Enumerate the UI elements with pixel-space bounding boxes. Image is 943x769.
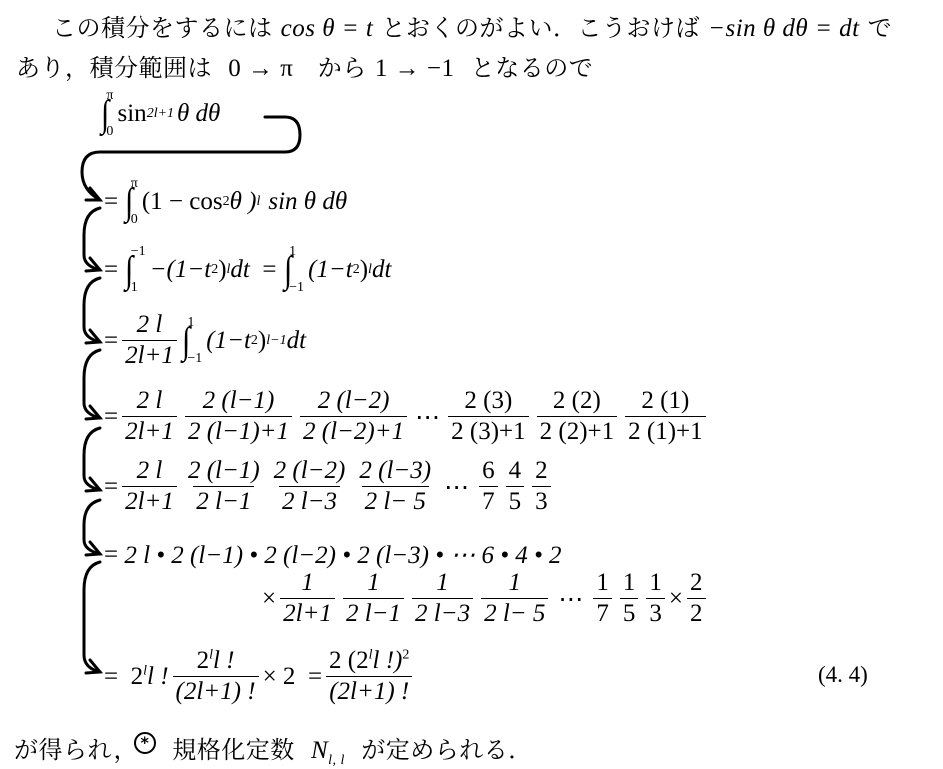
outro-text: 規格化定数 [172, 736, 295, 764]
numerator: 1 [433, 570, 452, 598]
equation-step-6-product: = 2 l • 2 (l−1) • 2 (l−2) • 2 (l−3) • ⋯ … [104, 540, 561, 570]
integrand: dt [372, 256, 391, 284]
numerator: 2 (l−3) [356, 458, 434, 486]
intro-line-1: この積分をするには cos θ = t とおくのがよい．こうおけば −sin θ… [52, 8, 892, 43]
fraction: 22 [687, 570, 706, 628]
denominator: 3 [532, 486, 551, 515]
fraction: 2 (l−1)2 l−1 [185, 458, 263, 516]
denominator: 2l+1 [122, 416, 177, 445]
equals-sign: = [104, 473, 118, 501]
numerator: 1 [506, 570, 525, 598]
exponent: 2 [402, 648, 409, 663]
fraction: 12 l−3 [412, 570, 473, 628]
denominator: 7 [593, 598, 612, 627]
numerator: 2 (l−2) [271, 458, 349, 486]
differential-expression: −sin θ dθ = dt [708, 15, 859, 42]
numerator: 4 [506, 458, 525, 486]
denominator: 2l+1 [122, 340, 177, 369]
times-sign: × [669, 585, 683, 613]
numerator: 1 [646, 570, 665, 598]
equation-step-0: ∫ π 0 sin2l+1 θ dθ [100, 88, 220, 140]
numerator: 6 [479, 458, 498, 486]
symbol-subscript: l, l [328, 753, 345, 768]
fraction: 17 [593, 570, 612, 628]
fraction: 2 l 2l+1 [122, 312, 177, 370]
denominator: 2 (3)+1 [448, 416, 529, 445]
denominator: 5 [506, 486, 525, 515]
times-two: × 2 [263, 663, 296, 691]
intro-text: から [318, 54, 367, 82]
equation-step-4: = 2 l2l+1 2 (l−1)2 (l−1)+1 2 (l−2)2 (l−2… [104, 388, 710, 446]
denominator: 2 l− 5 [481, 598, 548, 627]
fraction: 2 (l−2)2 (l−2)+1 [300, 388, 407, 446]
times-sign: × [262, 585, 276, 613]
factorial: l ! [147, 663, 169, 690]
equals-sign: = [262, 256, 276, 284]
equals-sign: = [104, 188, 118, 216]
fraction: 23 [532, 458, 551, 516]
numerator: 1 [298, 570, 317, 598]
fraction: 2 l2l+1 [122, 388, 177, 446]
numerator: 2 l [134, 312, 166, 340]
denominator: 7 [479, 486, 498, 515]
denominator: 2 [687, 598, 706, 627]
exponent: 2 [251, 333, 258, 349]
denominator: 2 l−1 [193, 486, 254, 515]
denominator: 2 (l−2)+1 [300, 416, 407, 445]
numerator: 2 l [134, 458, 166, 486]
numerator: 2 (3) [461, 388, 515, 416]
numerator: 2ll ! [194, 648, 238, 676]
integral-sign: ∫ [125, 183, 133, 221]
range-from: 0 → π [228, 55, 293, 82]
equation-step-2: = ∫ −1 1 −(1−t2)ldt = ∫ 1 −1 (1−t2)ldt [104, 244, 391, 296]
range-to: 1 → −1 [375, 55, 455, 82]
numerator: 2 l [134, 388, 166, 416]
integral-sign: ∫ [125, 251, 133, 289]
exponent: 2 [353, 262, 360, 278]
integral-sign: ∫ [284, 251, 292, 289]
fraction: 2 (2)2 (2)+1 [537, 388, 618, 446]
term: l !) [373, 647, 403, 674]
denominator: 2 l− 5 [362, 486, 429, 515]
integrand: ) [218, 256, 226, 284]
numerator: 1 [593, 570, 612, 598]
factorial: l ! [213, 647, 235, 674]
integrand: −(1−t [150, 256, 212, 284]
substitution-expression: cos θ = t [281, 15, 374, 42]
equation-step-7: = 2ll ! 2ll ! (2l+1) ! × 2 = 2 (2ll !)2 … [104, 648, 416, 706]
fraction: 2 (1)2 (1)+1 [625, 388, 706, 446]
integral-sign: ∫ [101, 95, 109, 133]
integrand: θ ) [230, 188, 257, 216]
numerator: 1 [364, 570, 383, 598]
outro-text: が定められる． [361, 736, 533, 764]
equation-step-6-fractions: × 12l+1 12 l−1 12 l−3 12 l− 5 ⋯ 17 15 13… [262, 570, 710, 628]
fraction: 2 (2ll !)2 (2l+1) ! [326, 648, 412, 706]
denominator: 5 [620, 598, 639, 627]
integral-sign: ∫ [182, 322, 190, 360]
equals-sign: = [104, 403, 118, 431]
integrand: (1 − cos [142, 188, 223, 216]
denominator: 2 l−3 [412, 598, 473, 627]
exponent: 2l+1 [147, 106, 174, 122]
equals-sign: = [104, 327, 118, 355]
numerator: 1 [620, 570, 639, 598]
fraction: 15 [620, 570, 639, 628]
numerator: 2 [532, 458, 551, 486]
denominator: 2 l−1 [343, 598, 404, 627]
numerator: 2 (l−1) [200, 388, 278, 416]
fraction: 12 l−1 [343, 570, 404, 628]
fraction: 12 l− 5 [481, 570, 548, 628]
fraction: 2 l2l+1 [122, 458, 177, 516]
fraction: 2 (l−2)2 l−3 [271, 458, 349, 516]
outro-line: が得られ，* 規格化定数 Nl, l が定められる． [14, 730, 533, 769]
integrand: ) [258, 327, 266, 355]
equation-step-3: = 2 l 2l+1 ∫ 1 −1 (1−t2)l−1dt [104, 312, 306, 370]
fraction: 45 [506, 458, 525, 516]
intro-text: で [868, 14, 893, 42]
base: 2 [197, 647, 210, 674]
intro-text: この積分をするには [52, 14, 273, 42]
denominator: 2l+1 [280, 598, 335, 627]
integrand: dt [287, 327, 306, 355]
intro-text: とおくのがよい．こうおけば [381, 14, 700, 42]
numerator: 2 (1) [638, 388, 692, 416]
equation-step-1: = ∫ π 0 (1 − cos2 θ )l sin θ dθ [104, 176, 347, 228]
numerator: 2 (l−2) [315, 388, 393, 416]
denominator: 2 (2)+1 [537, 416, 618, 445]
numerator: 2 (2) [550, 388, 604, 416]
intro-text: あり，積分範囲は [16, 54, 212, 82]
fraction: 2 (l−3)2 l− 5 [356, 458, 434, 516]
equals-sign: = [104, 256, 118, 284]
integrand: sin θ dθ [268, 188, 347, 216]
denominator: 3 [646, 598, 665, 627]
fraction: 2 (3)2 (3)+1 [448, 388, 529, 446]
ellipsis: ⋯ [415, 402, 440, 432]
intro-text: となるので [471, 54, 594, 82]
denominator: 2 (l−1)+1 [185, 416, 292, 445]
symbol: N [311, 737, 328, 764]
equation-number: (4. 4) [818, 662, 868, 688]
integrand-tail: θ dθ [177, 100, 220, 128]
ellipsis: ⋯ [558, 584, 583, 614]
denominator: 2 (1)+1 [625, 416, 706, 445]
term: 2 (2 [329, 647, 369, 674]
ellipsis: ⋯ [444, 472, 469, 502]
exponent: 2 [211, 262, 218, 278]
base: 2 [131, 663, 144, 690]
lead-term: 2ll ! [131, 663, 169, 691]
equation-step-5: = 2 l2l+1 2 (l−1)2 l−1 2 (l−2)2 l−3 2 (l… [104, 458, 555, 516]
exponent: 2 [223, 194, 230, 210]
denominator: 2l+1 [122, 486, 177, 515]
exponent: l−1 [266, 333, 286, 349]
integrand: dt [230, 256, 249, 284]
exponent: l [256, 194, 260, 210]
integrand: (1−t [206, 327, 251, 355]
fraction: 2 (l−1)2 (l−1)+1 [185, 388, 292, 446]
fraction: 12l+1 [280, 570, 335, 628]
numerator: 2 [687, 570, 706, 598]
fraction: 2ll ! (2l+1) ! [173, 648, 259, 706]
equals-sign: = [308, 663, 322, 691]
integrand: (1−t [308, 256, 353, 284]
denominator: (2l+1) ! [326, 676, 412, 705]
integrand: ) [360, 256, 368, 284]
equals-sign: = [104, 663, 118, 691]
outro-text: が得られ， [14, 736, 138, 764]
product-expression: 2 l • 2 (l−1) • 2 (l−2) • 2 (l−3) • ⋯ 6 … [124, 540, 561, 570]
intro-line-2: あり，積分範囲は 0 → π から 1 → −1 となるので [16, 48, 593, 83]
equals-sign: = [104, 541, 118, 569]
denominator: 2 l−3 [279, 486, 340, 515]
fraction: 13 [646, 570, 665, 628]
denominator: (2l+1) ! [173, 676, 259, 705]
footnote-star-icon[interactable]: * [134, 732, 156, 754]
normalization-symbol: Nl, l [311, 737, 345, 764]
numerator: 2 (2ll !)2 [326, 648, 412, 676]
fraction: 67 [479, 458, 498, 516]
numerator: 2 (l−1) [185, 458, 263, 486]
integrand-func: sin [118, 100, 147, 128]
